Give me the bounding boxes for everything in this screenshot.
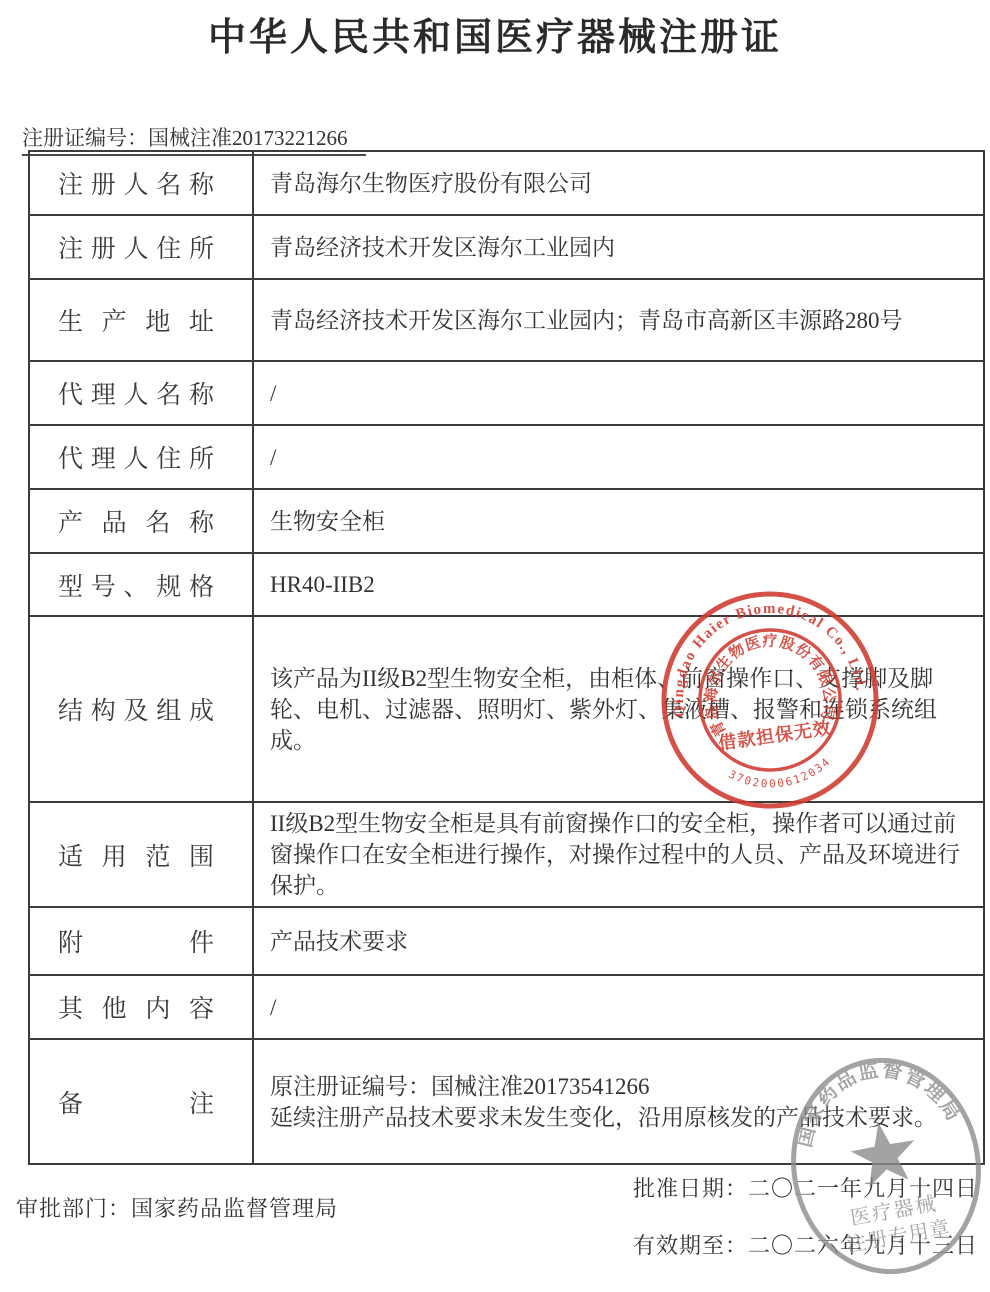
row-value: HR40-IIB2 [254, 554, 983, 615]
valid-until-date: 有效期至：二〇二六年九月十三日 [633, 1229, 978, 1260]
approval-date: 批准日期：二〇二一年九月十四日 [633, 1172, 978, 1203]
table-row: 代理人名称 / [30, 360, 983, 424]
table-row: 适用范围 II级B2型生物安全柜是具有前窗操作口的安全柜，操作者可以通过前窗操作… [30, 801, 983, 906]
table-row: 其他内容 / [30, 974, 983, 1038]
table-row: 型号、规格 HR40-IIB2 [30, 552, 983, 615]
certificate-table: 注册人名称 青岛海尔生物医疗股份有限公司 注册人住所 青岛经济技术开发区海尔工业… [28, 150, 985, 1165]
table-row: 生产地址 青岛经济技术开发区海尔工业园内；青岛市高新区丰源路280号 [30, 278, 983, 360]
table-row: 产品名称 生物安全柜 [30, 488, 983, 552]
row-value: 生物安全柜 [254, 490, 983, 552]
row-label: 适用范围 [30, 803, 254, 906]
row-label: 结构及组成 [30, 617, 254, 801]
row-value: 青岛经济技术开发区海尔工业园内 [254, 216, 983, 278]
table-row: 备注 原注册证编号：国械注准20173541266 延续注册产品技术要求未发生变… [30, 1038, 983, 1163]
row-label: 型号、规格 [30, 554, 254, 615]
certificate-page: 中华人民共和国医疗器械注册证 注册证编号：国械注准20173221266 注册人… [0, 0, 990, 1292]
table-row: 结构及组成 该产品为II级B2型生物安全柜，由柜体、前窗操作口、支撑脚及脚轮、电… [30, 615, 983, 801]
row-label: 其他内容 [30, 976, 254, 1038]
row-value: / [254, 976, 983, 1038]
row-label: 附件 [30, 908, 254, 974]
row-label: 代理人住所 [30, 426, 254, 488]
approval-department: 审批部门：国家药品监督管理局 [16, 1192, 338, 1223]
row-label: 生产地址 [30, 280, 254, 360]
row-value: 该产品为II级B2型生物安全柜，由柜体、前窗操作口、支撑脚及脚轮、电机、过滤器、… [254, 617, 983, 801]
row-value: II级B2型生物安全柜是具有前窗操作口的安全柜，操作者可以通过前窗操作口在安全柜… [254, 803, 983, 906]
row-value: 青岛海尔生物医疗股份有限公司 [254, 152, 983, 214]
table-row: 代理人住所 / [30, 424, 983, 488]
table-row: 注册人住所 青岛经济技术开发区海尔工业园内 [30, 214, 983, 278]
row-value: 产品技术要求 [254, 908, 983, 974]
table-row: 附件 产品技术要求 [30, 906, 983, 974]
row-label: 备注 [30, 1040, 254, 1163]
footer-dates: 批准日期：二〇二一年九月十四日 有效期至：二〇二六年九月十三日 [633, 1172, 978, 1286]
row-value: / [254, 426, 983, 488]
page-title: 中华人民共和国医疗器械注册证 [0, 6, 990, 61]
row-value: / [254, 362, 983, 424]
table-row: 注册人名称 青岛海尔生物医疗股份有限公司 [30, 152, 983, 214]
row-label: 产品名称 [30, 490, 254, 552]
row-value: 青岛经济技术开发区海尔工业园内；青岛市高新区丰源路280号 [254, 280, 983, 360]
row-label: 代理人名称 [30, 362, 254, 424]
row-label: 注册人名称 [30, 152, 254, 214]
row-label: 注册人住所 [30, 216, 254, 278]
row-value: 原注册证编号：国械注准20173541266 延续注册产品技术要求未发生变化，沿… [254, 1040, 983, 1163]
